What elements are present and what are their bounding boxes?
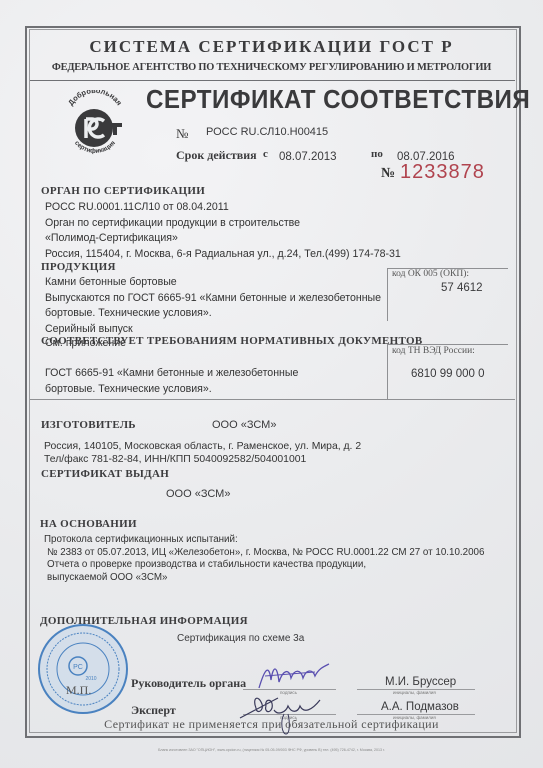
tnved-code-label: код ТН ВЭД России: [392,346,475,356]
validity-label: Срок действия [176,148,257,163]
manufacturer-contacts: Тел/факс 781-82-84, ИНН/КПП 5040092582/5… [44,454,361,467]
compliance-standard: ГОСТ 6665-91 «Камни бетонные и железобет… [45,366,298,382]
compliance-standard-cont: бортовые. Технические условия». [45,382,298,398]
certificate-title: СЕРТИФИКАТ СООТВЕТСТВИЯ [146,84,530,115]
tnved-code-value: 6810 99 000 0 [411,368,485,380]
certification-body-details: РОСС RU.0001.11СЛ10 от 08.04.2011 Орган … [45,200,401,262]
certificate-number: РОСС RU.СЛ10.Н00415 [206,126,328,138]
head-name-caption: инициалы, фамилия [393,690,436,695]
official-stamp-icon: РС 2010 [36,622,130,716]
manufacturer-heading: ИЗГОТОВИТЕЛЬ [41,419,136,431]
system-title: СИСТЕМА СЕРТИФИКАЦИИ ГОСТ Р [0,37,543,57]
blank-number-label: № [381,166,395,182]
stamp-place-label: М.П. [66,683,91,698]
certification-body-heading: ОРГАН ПО СЕРТИФИКАЦИИ [41,185,205,197]
manufacturer-name: ООО «ЗСМ» [212,419,276,431]
okp-code-value: 57 4612 [441,282,483,294]
compliance-heading: СООТВЕТСТВУЕТ ТРЕБОВАНИЯМ НОРМАТИВНЫХ ДО… [41,335,423,347]
issued-to-heading: СЕРТИФИКАТ ВЫДАН [41,468,169,480]
validity-to-label: по [371,148,383,160]
basis-report: Отчета о проверке производства и стабиль… [44,559,484,572]
basis-protocol: № 2383 от 05.07.2013, ИЦ «Железобетон», … [44,547,484,560]
basis-heading: НА ОСНОВАНИИ [40,518,137,530]
basis-protocol-label: Протокола сертификационных испытаний: [44,534,484,547]
blank-serial-number: 1233878 [400,161,485,184]
header-divider [30,80,515,81]
printer-info: Бланк изготовлен ЗАО "ОПЦИОН", www.opcio… [0,748,543,752]
okp-code-label: код ОК 005 (ОКП): [392,269,469,279]
head-of-body-name: М.И. Бруссер [385,676,456,688]
certification-scheme: Сертификация по схеме 3а [177,633,304,644]
agency-title: ФЕДЕРАЛЬНОЕ АГЕНТСТВО ПО ТЕХНИЧЕСКОМУ РЕ… [0,62,543,73]
svg-text:Добровольная: Добровольная [66,90,124,107]
number-label: № [176,126,188,142]
product-heading: ПРОДУКЦИЯ [41,261,116,273]
body-registration: РОСС RU.0001.11СЛ10 от 08.04.2011 [45,200,401,216]
compliance-documents: ГОСТ 6665-91 «Камни бетонные и железобет… [45,366,298,397]
expert-label: Эксперт [131,703,176,718]
manufacturer-details: Россия, 140105, Московская область, г. Р… [44,441,361,466]
rst-logo-icon: Добровольная сертификация [60,90,130,160]
head-signature-icon [255,660,335,692]
body-address: Россия, 115404, г. Москва, 6-я Радиальна… [45,247,401,263]
issued-to-name: ООО «ЗСМ» [166,488,230,500]
basis-report-cont: выпускаемой ООО «ЗСМ» [44,572,484,585]
svg-text:2010: 2010 [85,676,96,682]
product-standard: Выпускаются по ГОСТ 6665-91 «Камни бетон… [45,291,381,307]
body-name: Орган по сертификации продукции в строит… [45,216,401,232]
compliance-divider [30,399,515,400]
voluntary-notice: Сертификат не применяется при обязательн… [0,717,543,732]
product-name: Камни бетонные бортовые [45,275,381,291]
validity-from-label: с [263,148,268,160]
product-standard-cont: бортовые. Технические условия». [45,306,381,322]
body-org: «Полимод-Сертификация» [45,231,401,247]
svg-text:РС: РС [73,664,83,671]
validity-from-date: 08.07.2013 [279,151,337,163]
head-of-body-label: Руководитель органа [131,676,246,691]
product-serial: Серийный выпуск [45,322,381,336]
manufacturer-address: Россия, 140105, Московская область, г. Р… [44,441,361,454]
expert-name: А.А. Подмазов [381,701,459,713]
basis-details: Протокола сертификационных испытаний: № … [44,534,484,584]
